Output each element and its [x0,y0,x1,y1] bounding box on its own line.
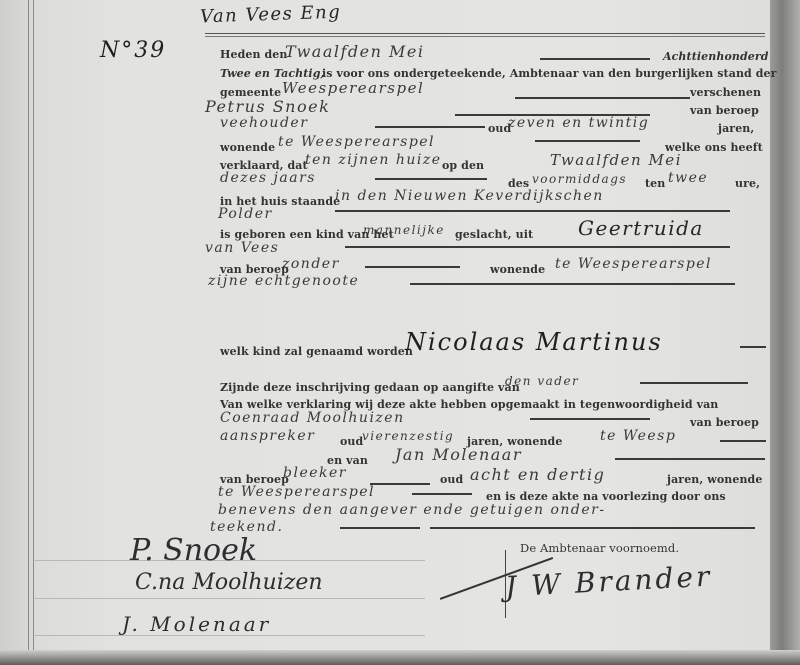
page-edge-bottom [0,650,800,665]
printed-text: jaren, [718,122,754,135]
printed-text: ure, [735,177,760,190]
year-field: dezes jaars [220,170,316,186]
fill-line [615,458,765,460]
municipality-field: Weesperearspel [282,79,424,97]
relation-field: zijne echtgenoote [208,273,359,289]
fill-line [720,440,766,442]
fill-line [640,382,748,384]
printed-text: Zijnde deze inschrijving gedaan op aangi… [220,381,520,394]
fill-line [345,246,730,248]
signature-father: P. Snoek [130,533,257,568]
witness1-name-field: Coenraad Moolhuizen [220,410,405,426]
header-rule [205,33,765,34]
printed-text: Heden den [220,48,288,61]
margin-rule [33,0,34,650]
father-age-field: zeven en twintig [508,115,649,131]
fill-line [375,178,487,180]
hour-field: twee [668,170,708,186]
witness2-residence-field: te Weesperearspel [218,484,375,500]
printed-text: oud [340,435,363,448]
signature-witness1: C.na Moolhuizen [135,570,323,595]
mother-surname-field: van Vees [205,240,279,256]
printed-text: van beroep [690,416,759,429]
header-rule [205,36,765,37]
witness1-occupation-field: aanspreker [220,428,315,444]
ruled-line [35,598,425,599]
signature-witness2: J. Molenaar [122,612,271,636]
birth-date-repeat-field: Twaalfden Mei [550,151,682,169]
fill-line [530,418,650,420]
mother-occupation-field: zonder [282,256,340,272]
printed-text: geslacht, uit [455,228,533,241]
mother-residence-field: te Weesperearspel [555,256,712,272]
witness2-occupation-field: bleeker [283,465,347,481]
mother-name-field: Geertruida [578,216,704,240]
fill-line [335,210,730,212]
witness1-residence-field: te Weesp [600,428,676,444]
fill-line [340,527,420,529]
time-of-day-field: voormiddags [532,172,627,186]
father-name-field: Petrus Snoek [205,97,330,116]
fill-line [410,283,735,285]
father-occupation-field: veehouder [220,115,308,131]
page-edge-right [770,0,800,665]
fill-line [740,346,766,348]
printed-text: ten [645,177,665,190]
printed-text: wonende [490,263,545,276]
printed-text: verschenen [690,86,761,99]
closing-text: benevens den aangever ende getuigen onde… [218,502,606,518]
official-label: De Ambtenaar voornoemd. [520,541,679,555]
margin-rule [28,0,29,650]
printed-text: jaren, wonende [667,473,762,486]
fill-line [540,58,650,60]
printed-text: wonende [220,141,275,154]
witness2-age-field: acht en dertig [470,465,605,484]
child-sex-field: mannelijke [363,223,445,237]
house-location-field-cont: Polder [218,206,273,222]
house-location-field: in den Nieuwen Keverdijkschen [335,188,604,204]
fill-line [375,126,485,128]
fill-line [365,266,460,268]
witness1-age-field: vierenzestig [362,429,454,443]
printed-text: oud [440,473,463,486]
birth-place-field: ten zijnen huize [305,152,442,168]
declarant-field: den vader [505,374,579,388]
printed-text: van beroep [690,104,759,117]
birth-date-field: Twaalfden Mei [285,42,424,61]
father-residence-field: te Weesperearspel [278,134,435,150]
fill-line [535,140,640,142]
fill-line [515,97,690,99]
printed-text: op den [442,159,484,172]
child-name-field: Nicolaas Martinus [405,328,663,356]
printed-text: welk kind zal genaamd worden [220,345,413,358]
fill-line [412,493,472,495]
entry-number: N°39 [100,38,166,63]
witness2-name-field: Jan Molenaar [395,445,522,464]
fill-line [430,527,755,529]
printed-text: Achttienhonderd [663,50,769,63]
fill-line [370,483,430,485]
